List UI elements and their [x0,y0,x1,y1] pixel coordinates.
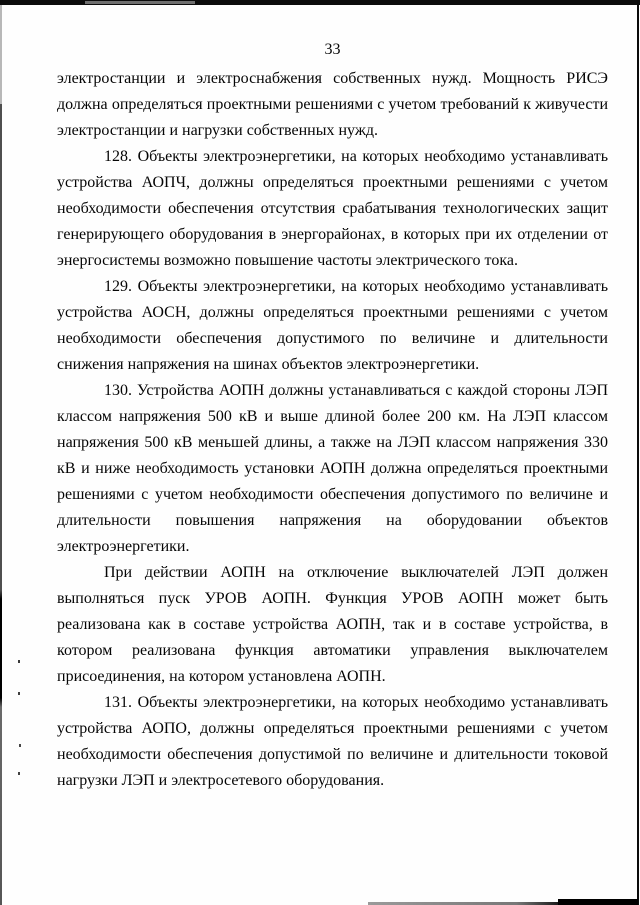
scan-artifact-right-edge [637,0,639,905]
scanned-document-page: 33 электростанции и электроснабжения соб… [0,0,640,905]
scan-artifact-top-edge-gray-segment [85,1,195,4]
scan-artifact-bottom-right-corner [558,899,638,905]
page-content: 33 электростанции и электроснабжения соб… [57,40,608,794]
paragraph-continuation: электростанции и электроснабжения собств… [57,66,608,144]
scan-artifact-left-edge [0,5,2,905]
paragraph-item-130: 130. Устройства АОПН должны устанавливат… [57,378,608,560]
scan-artifact-specks [18,660,20,663]
page-number: 33 [57,40,608,60]
paragraph-item-128: 128. Объекты электроэнергетики, на котор… [57,144,608,274]
paragraph-item-129: 129. Объекты электроэнергетики, на котор… [57,274,608,378]
scan-artifact-top-edge [0,0,640,5]
paragraph-item-131: 131. Объекты электроэнергетики, на котор… [57,690,608,794]
paragraph-aopn-urov: При действии АОПН на отключение выключат… [57,560,608,690]
